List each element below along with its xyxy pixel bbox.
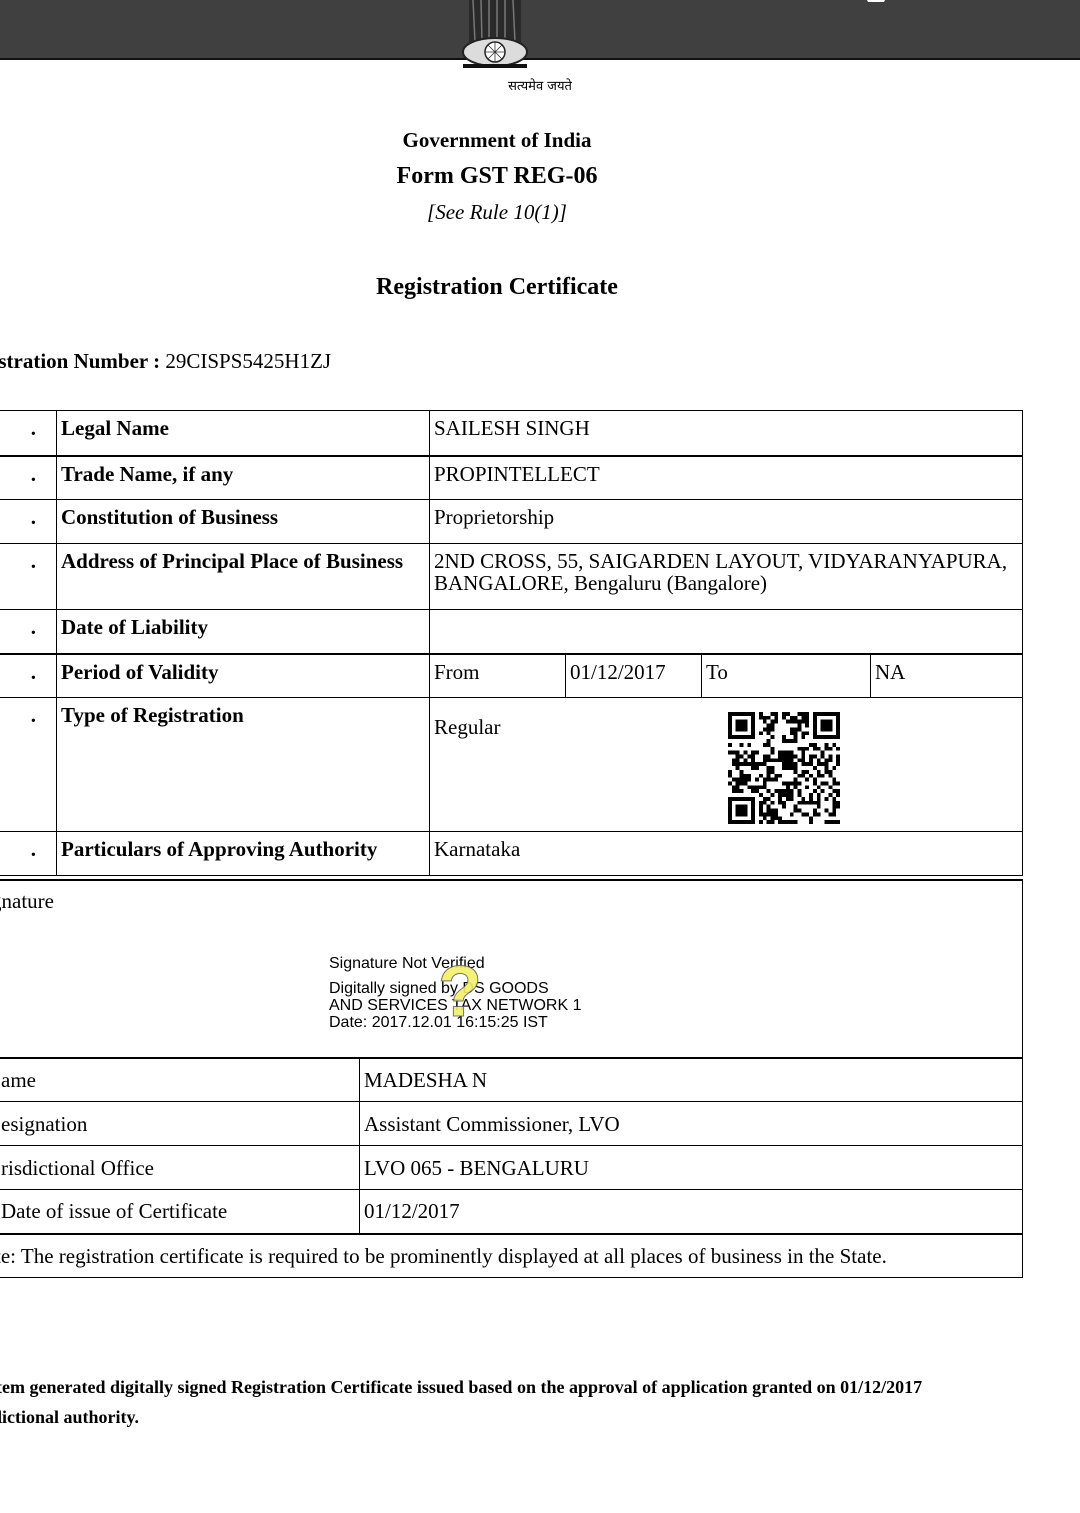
field-label: Period of Validity [57, 654, 430, 698]
corner-logo-icon [862, 0, 902, 4]
table-row: . Constitution of Business Proprietorshi… [0, 500, 1023, 544]
signature-label: gnature [0, 889, 54, 914]
legal-name-value: SAILESH SINGH [430, 411, 1023, 456]
table-row: te: The registration certificate is requ… [0, 1234, 1023, 1278]
table-row: . Legal Name SAILESH SINGH [0, 411, 1023, 456]
table-row: . Date of Liability [0, 610, 1023, 654]
field-label: Constitution of Business [57, 500, 430, 544]
field-label: Date of Liability [57, 610, 430, 654]
field-label: Type of Registration [57, 698, 430, 832]
footer-line-1: ystem generated digitally signed Registr… [0, 1372, 922, 1402]
national-emblem-icon [455, 0, 535, 72]
table-row: esignation Assistant Commissioner, LVO [0, 1102, 1023, 1146]
government-heading: Government of India [0, 128, 994, 153]
validity-from-value: 01/12/2017 [566, 654, 702, 698]
registration-number-line: gistration Number : 29CISPS5425H1ZJ [0, 349, 331, 374]
signature-section: gnature Signature Not Verified Digitally… [0, 879, 1023, 1059]
table-row: ame MADESHA N [0, 1058, 1023, 1102]
serial-number: . [0, 654, 57, 698]
field-label: Trade Name, if any [57, 456, 430, 500]
table-row: Date of issue of Certificate 01/12/2017 [0, 1190, 1023, 1234]
field-label: Particulars of Approving Authority [57, 832, 430, 876]
jurisdictional-office-label: risdictional Office [0, 1146, 360, 1190]
constitution-value: Proprietorship [430, 500, 1023, 544]
registration-number: 29CISPS5425H1ZJ [165, 349, 331, 373]
designation-value: Assistant Commissioner, LVO [360, 1102, 1023, 1146]
officer-name-label: ame [0, 1058, 360, 1102]
question-mark-icon[interactable]: ? [438, 956, 482, 1028]
serial-number: . [0, 411, 57, 456]
address-value: 2ND CROSS, 55, SAIGARDEN LAYOUT, VIDYARA… [430, 544, 1023, 610]
table-row: . Period of Validity From 01/12/2017 To … [0, 654, 1023, 698]
validity-from-label: From [430, 654, 566, 698]
date-of-liability-value [430, 610, 1023, 654]
display-note: te: The registration certificate is requ… [0, 1234, 1023, 1278]
field-label: Legal Name [57, 411, 430, 456]
registration-details-table: . Legal Name SAILESH SINGH . Trade Name,… [0, 410, 1023, 876]
footer-line-2: isdictional authority. [0, 1402, 922, 1432]
officer-name-value: MADESHA N [360, 1058, 1023, 1102]
jurisdictional-office-value: LVO 065 - BENGALURU [360, 1146, 1023, 1190]
table-row: . Trade Name, if any PROPINTELLECT [0, 456, 1023, 500]
registration-type-value: Regular [430, 698, 1023, 832]
validity-to-value: NA [871, 654, 1023, 698]
table-row: . Address of Principal Place of Business… [0, 544, 1023, 610]
designation-label: esignation [0, 1102, 360, 1146]
registration-number-label: gistration Number : [0, 349, 160, 373]
issue-date-value: 01/12/2017 [360, 1190, 1023, 1234]
serial-number: . [0, 610, 57, 654]
document-top-bar [0, 0, 1080, 60]
serial-number: . [0, 456, 57, 500]
system-generated-footer: ystem generated digitally signed Registr… [0, 1372, 922, 1432]
field-label: Address of Principal Place of Business [57, 544, 430, 610]
serial-number: . [0, 698, 57, 832]
certificate-title: Registration Certificate [0, 274, 994, 301]
form-title: Form GST REG-06 [0, 163, 994, 190]
qr-code-icon [728, 712, 840, 824]
emblem-motto: सत्यमेव जयते [0, 76, 1080, 94]
table-row: . Type of Registration Regular [0, 698, 1023, 832]
serial-number: . [0, 500, 57, 544]
serial-number: . [0, 544, 57, 610]
validity-to-label: To [702, 654, 871, 698]
issue-date-label: Date of issue of Certificate [0, 1190, 360, 1234]
table-row: risdictional Office LVO 065 - BENGALURU [0, 1146, 1023, 1190]
table-row: . Particulars of Approving Authority Kar… [0, 832, 1023, 876]
trade-name-value: PROPINTELLECT [430, 456, 1023, 500]
approving-authority-value: Karnataka [430, 832, 1023, 876]
serial-number: . [0, 832, 57, 876]
officer-details-table: ame MADESHA N esignation Assistant Commi… [0, 1057, 1023, 1278]
rule-reference: [See Rule 10(1)] [0, 200, 994, 225]
